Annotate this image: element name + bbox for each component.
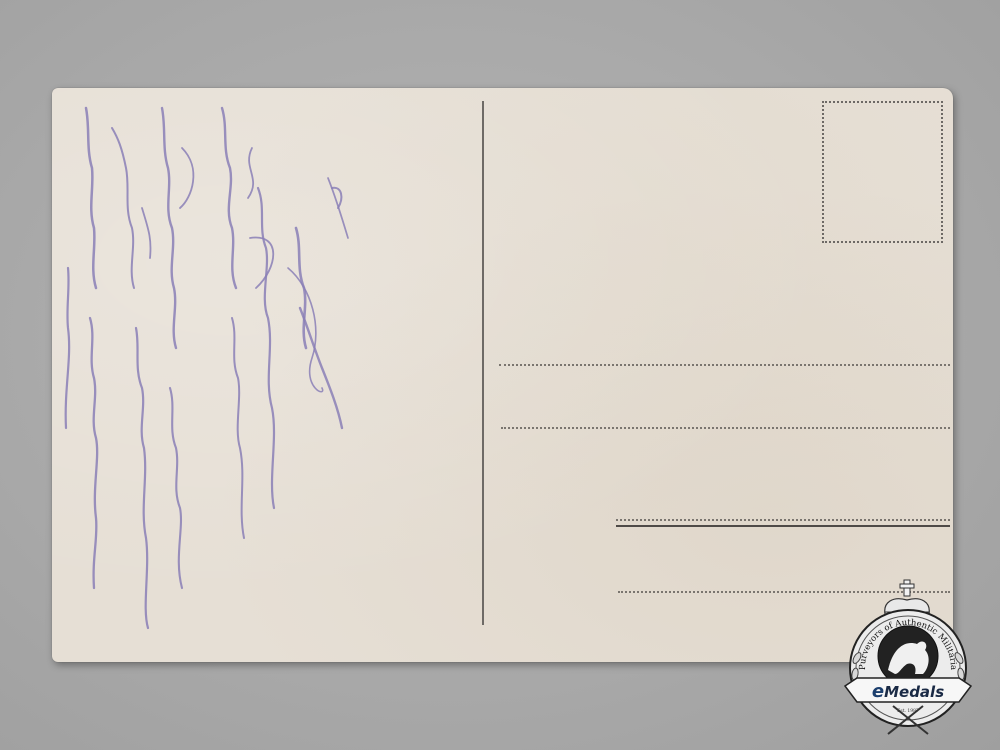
postcard xyxy=(52,88,953,662)
brand-suffix: Medals xyxy=(884,683,944,701)
brand-prefix: e xyxy=(872,681,884,702)
address-line-3 xyxy=(616,519,950,521)
svg-text:eMedals: eMedals xyxy=(872,681,944,702)
address-line-2 xyxy=(501,427,950,429)
handwriting xyxy=(52,88,482,662)
stamp-box xyxy=(822,101,943,243)
address-line-1 xyxy=(499,364,950,366)
address-line-3-solid xyxy=(616,525,950,527)
center-divider-line xyxy=(482,101,484,625)
emedals-watermark-logo: Purveyors of Authentic Militaria eMedals… xyxy=(843,578,973,743)
